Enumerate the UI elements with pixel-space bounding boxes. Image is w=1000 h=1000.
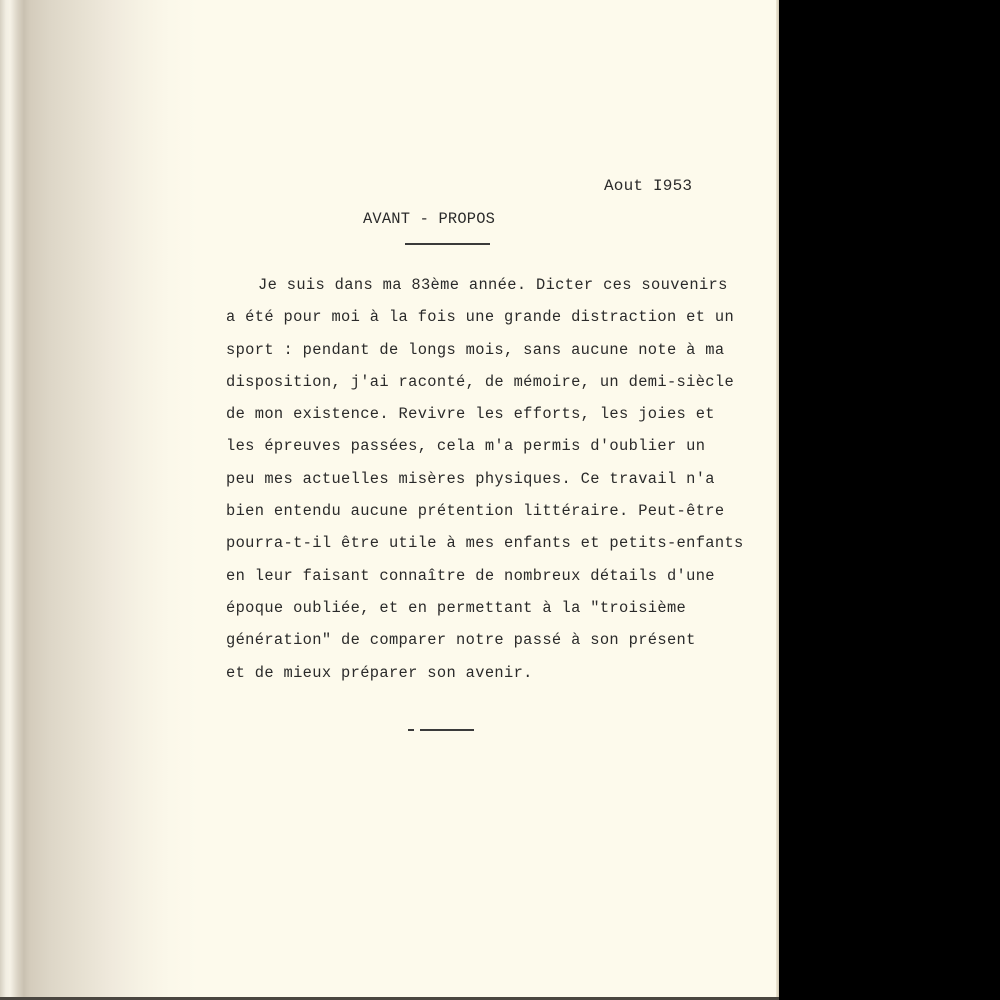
paragraph-line: de mon existence. Revivre les efforts, l… <box>226 405 771 437</box>
paragraph-line: les épreuves passées, cela m'a permis d'… <box>226 437 771 469</box>
paragraph-line: Je suis dans ma 83ème année. Dicter ces … <box>226 276 771 308</box>
typewritten-page: Aout I953 AVANT - PROPOS Je suis dans ma… <box>0 0 779 997</box>
paragraph-line: sport : pendant de longs mois, sans aucu… <box>226 341 771 373</box>
scanned-page-view: Aout I953 AVANT - PROPOS Je suis dans ma… <box>0 0 1000 1000</box>
document-title: AVANT - PROPOS <box>363 212 495 227</box>
paragraph-line: disposition, j'ai raconté, de mémoire, u… <box>226 373 771 405</box>
paragraph-line: en leur faisant connaître de nombreux dé… <box>226 567 771 599</box>
book-binding-shadow <box>0 0 200 997</box>
page-right-edge <box>776 0 779 997</box>
title-underline <box>405 243 490 245</box>
document-date: Aout I953 <box>604 178 692 194</box>
foreword-paragraph: Je suis dans ma 83ème année. Dicter ces … <box>226 276 771 696</box>
paragraph-line: peu mes actuelles misères physiques. Ce … <box>226 470 771 502</box>
paragraph-line: a été pour moi à la fois une grande dist… <box>226 308 771 340</box>
paragraph-line: pourra-t-il être utile à mes enfants et … <box>226 534 771 566</box>
paragraph-line: et de mieux préparer son avenir. <box>226 664 771 696</box>
paragraph-line: génération" de comparer notre passé à so… <box>226 631 771 663</box>
closing-divider <box>408 729 474 731</box>
paragraph-line: bien entendu aucune prétention littérair… <box>226 502 771 534</box>
paragraph-line: époque oubliée, et en permettant à la "t… <box>226 599 771 631</box>
